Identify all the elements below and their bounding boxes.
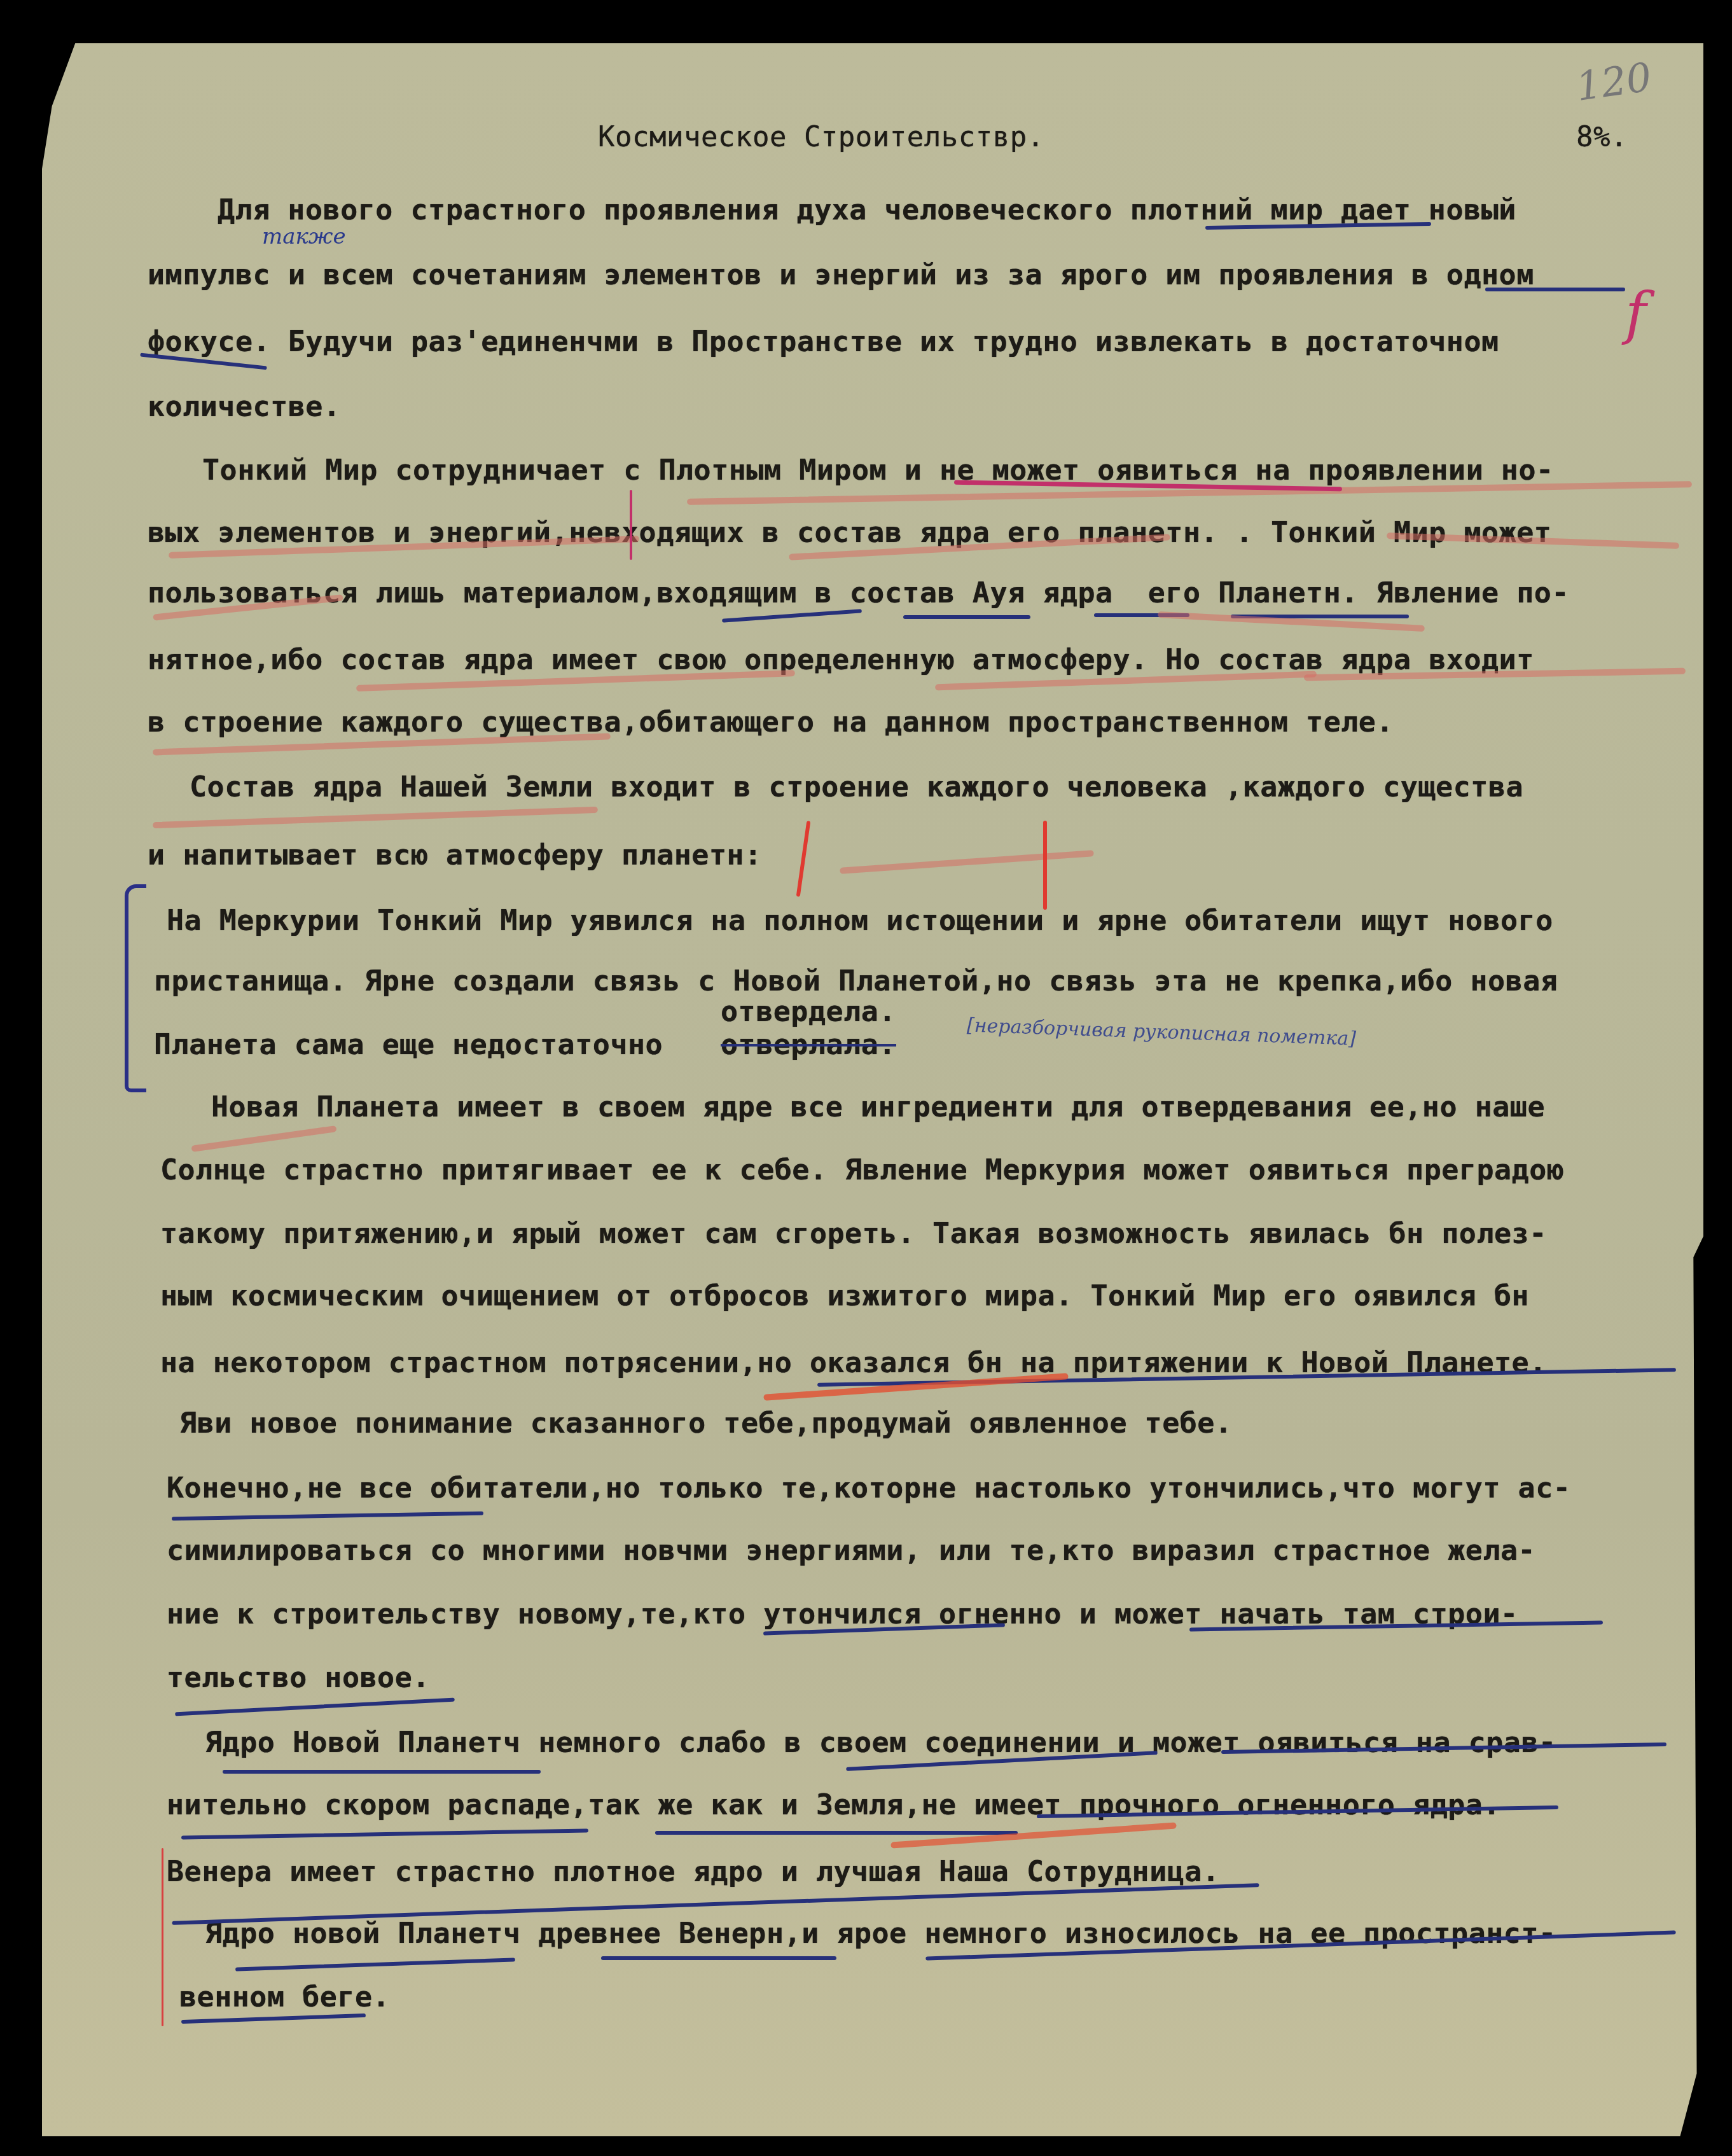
text-line: импулвс и всем сочетаниям элементов и эн… <box>148 258 1534 291</box>
underline-blue <box>601 1956 836 1960</box>
text-line: фокусе. Будучи раз'единенчми в Пространс… <box>148 324 1499 358</box>
text-line: количестве. <box>148 389 341 423</box>
text-line: Новая Планета имеет в своем ядре все инг… <box>211 1090 1545 1123</box>
text-line: Конечно,не все обитатели,но только те,ко… <box>167 1471 1570 1505</box>
handwritten-insertion: также <box>262 224 346 249</box>
text-line: Состав ядра Нашей Земли входит в строени… <box>190 770 1523 803</box>
underline-blue <box>903 615 1030 619</box>
red-vertical-mark <box>1043 821 1047 910</box>
margin-mark-f: f <box>1625 280 1646 347</box>
underline-blue <box>655 1831 1018 1835</box>
text-line: Яви новое понимание сказанного тебе,прод… <box>179 1406 1233 1440</box>
text-line: пристанища. Ярне создали связь с Новой П… <box>154 964 1558 998</box>
document-title: Космическое Строительствр. <box>598 121 1044 153</box>
text-line: пользоваться лишь материалом,входящим в … <box>148 576 1569 609</box>
text-line: такому притяжению,и ярый может сам сгоре… <box>160 1216 1547 1250</box>
text-line: венном беге. <box>179 1980 390 2013</box>
text-line: ным космическим очищением от отбросов из… <box>160 1279 1529 1312</box>
underline-blue <box>1485 288 1625 291</box>
text-line: На Меркурии Тонкий Мир уявился на полном… <box>167 903 1553 937</box>
text-line: нятное,ибо состав ядра имеет свою опреде… <box>148 643 1534 676</box>
text-line: Ядро Новой Планетч немного слабо в своем… <box>205 1725 1556 1759</box>
text-line: и напитывает всю атмосферу планетн: <box>148 838 762 872</box>
text-line: Для нового страстного проявления духа че… <box>218 193 1516 226</box>
text-line: Солнце страстно притягивает ее к себе. Я… <box>160 1153 1564 1186</box>
text-line: нительно скором распаде,так же как и Зем… <box>167 1788 1500 1821</box>
text-line: Планета сама еще недостаточно <box>154 1027 681 1061</box>
text-line: тельство новое. <box>167 1660 430 1694</box>
red-margin-line <box>162 1848 163 2026</box>
page-code: 8%. <box>1576 121 1628 153</box>
text-line: симилироваться со многими новчми энергия… <box>167 1533 1535 1567</box>
margin-bracket <box>125 884 146 1092</box>
struck-word: отверлала. <box>721 1027 896 1061</box>
text-line: Венера имеет страстно плотное ядро и луч… <box>167 1854 1220 1888</box>
text-line: в строение каждого существа,обитающего н… <box>148 705 1394 739</box>
inserted-word: отвердела. <box>721 994 896 1028</box>
text-line: вых элементов и энергий,невходящих в сос… <box>148 515 1551 549</box>
underline-blue <box>223 1770 541 1774</box>
text-line: Тонкий Мир сотрудничает с Плотным Миром … <box>202 453 1554 487</box>
underline-magenta <box>630 490 632 560</box>
